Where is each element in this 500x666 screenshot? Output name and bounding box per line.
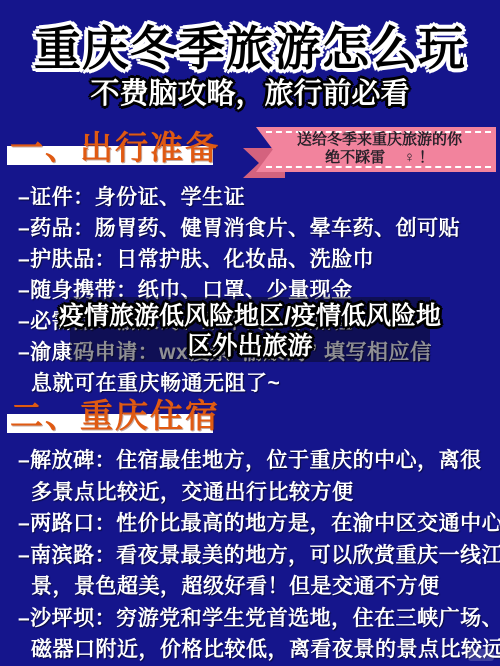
list-item: –沙坪坝：穷游党和学生党首选地，住在三峡广场、 (18, 603, 492, 635)
list-item-continuation: 磁器口附近，价格比较低，离看夜景的景点比较远 (18, 634, 492, 666)
infographic-poster: 重庆冬季旅游怎么玩 不费脑攻略，旅行前必看 一、出行准备 送给冬季来重庆旅游的你… (0, 0, 500, 666)
list-item: –证件：身份证、学生证 (18, 182, 492, 213)
list-item: –两路口：性价比最高的地方是，在渝中区交通中心 (18, 508, 492, 540)
section-1-heading: 一、出行准备 (10, 129, 220, 166)
section-2-header: 二、重庆住宿 (10, 390, 220, 437)
list-item: –南滨路：看夜景最美的地方，可以欣赏重庆一线江 (18, 540, 492, 572)
ribbon-line-1: 送给冬季来重庆旅游的你 (265, 131, 494, 149)
caption-overlay: 疫情旅游低风险地区/疫情低风险地 区外出旅游 (0, 301, 500, 361)
ribbon-line-2: 绝不踩雷 ♀ ！ (265, 149, 494, 167)
section-2-list: –解放碑：住宿最佳地方，位于重庆的中心，离很 多景点比较近，交通出行比较方便 –… (18, 445, 492, 666)
caption-line-2: 区外出旅游 (0, 331, 500, 361)
caption-line-1: 疫情旅游低风险地区/疫情低风险地 (0, 301, 500, 331)
watermark-badge (468, 649, 494, 661)
section-1-list: –证件：身份证、学生证 –药品：肠胃药、健胃消食片、晕车药、创可贴 –护肤品：日… (18, 182, 492, 399)
list-item: –解放碑：住宿最佳地方，位于重庆的中心，离很 (18, 445, 492, 477)
page-title: 重庆冬季旅游怎么玩 (0, 12, 500, 79)
list-item: –护肤品：日常护肤、化妆品、洗脸巾 (18, 244, 492, 275)
ribbon-text: 送给冬季来重庆旅游的你 绝不踩雷 ♀ ！ (265, 131, 494, 167)
list-item: –药品：肠胃药、健胃消食片、晕车药、创可贴 (18, 213, 492, 244)
list-item-continuation: 景，景色超美，超级好看！但是交通不方便 (18, 571, 492, 603)
page-subtitle: 不费脑攻略，旅行前必看 (0, 71, 500, 112)
ribbon-banner: 送给冬季来重庆旅游的你 绝不踩雷 ♀ ！ (243, 126, 496, 180)
list-item-continuation: 多景点比较近，交通出行比较方便 (18, 477, 492, 509)
section-2-heading: 二、重庆住宿 (10, 397, 220, 434)
section-1-header: 一、出行准备 (10, 122, 220, 169)
